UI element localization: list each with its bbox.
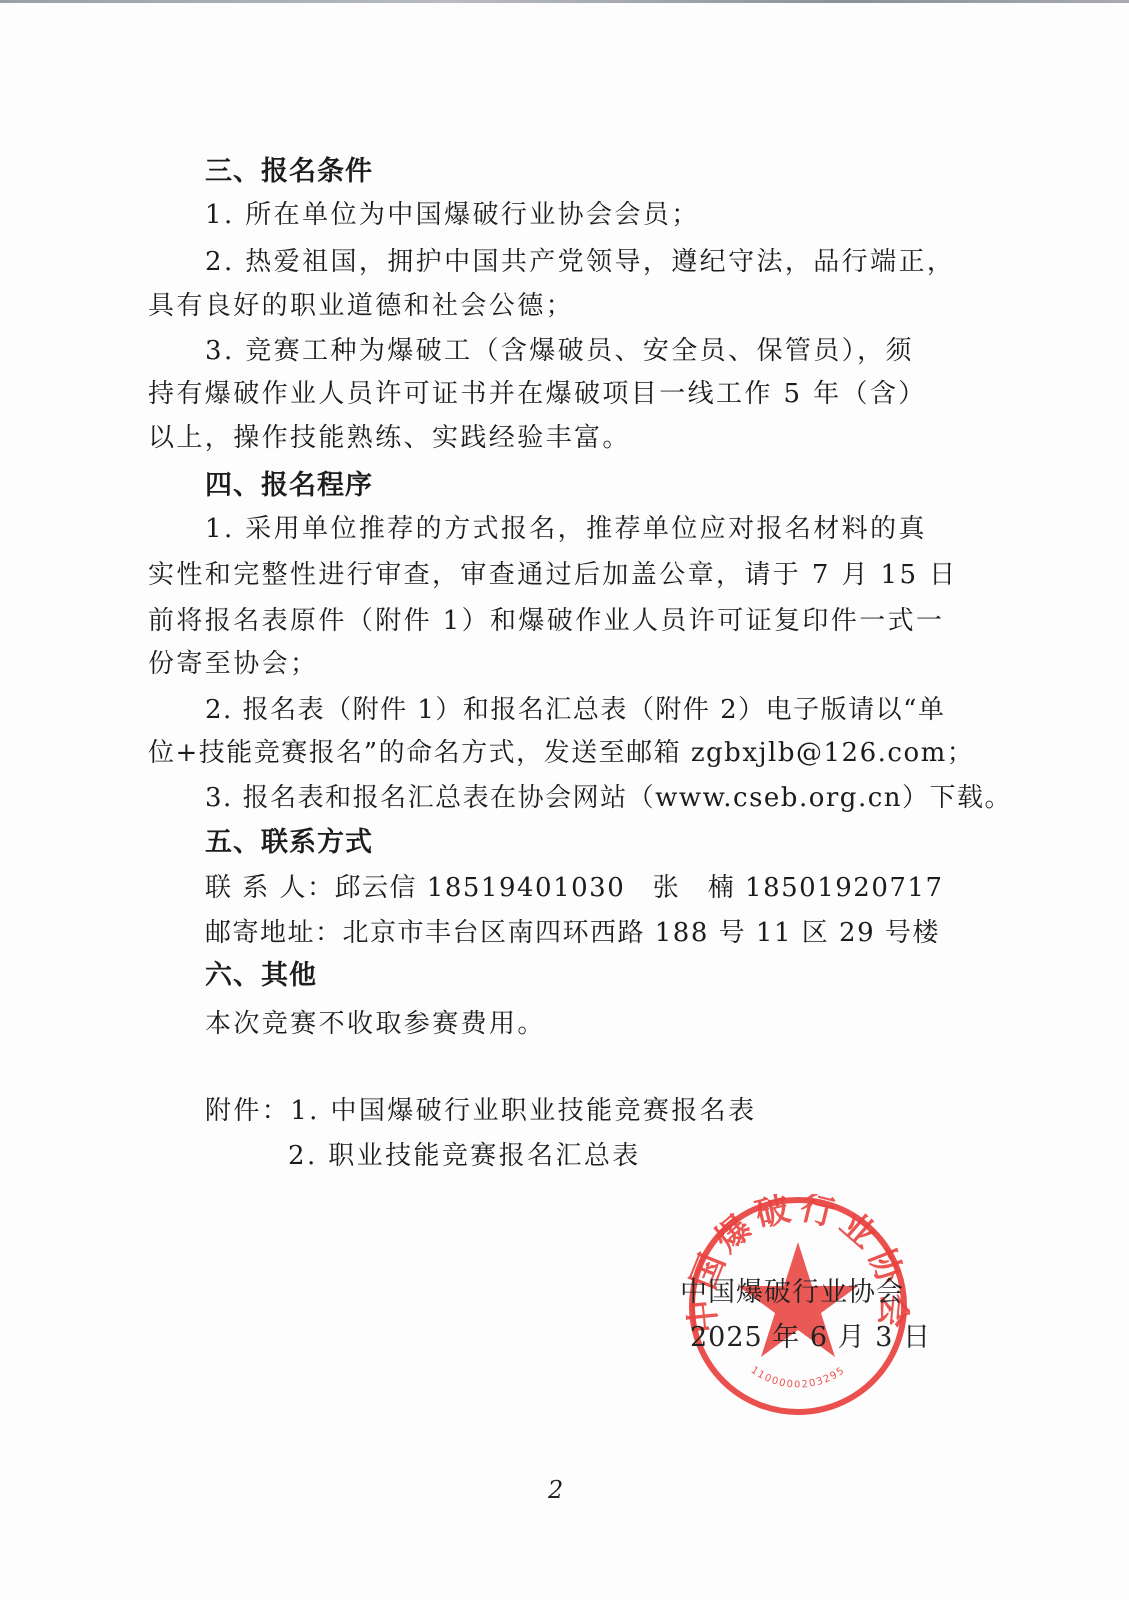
section-heading-other: 六、其他 (205, 959, 317, 993)
paragraph-line-email: 位+技能竞赛报名”的命名方式，发送至邮箱 zgbxjlb@126.com； (148, 736, 974, 770)
section-heading-procedure: 四、报名程序 (205, 469, 373, 503)
mailing-address: 邮寄地址：北京市丰台区南四环西路 188 号 11 区 29 号楼 (205, 916, 940, 950)
paragraph-line: 2. 报名表（附件 1）和报名汇总表（附件 2）电子版请以“单 (205, 693, 945, 727)
attachment-item: 1. 中国爆破行业职业技能竞赛报名表 (290, 1096, 756, 1126)
attachments-label: 附件： (205, 1096, 290, 1126)
section-heading-contact: 五、联系方式 (205, 826, 373, 860)
paragraph-line-website: 3. 报名表和报名汇总表在协会网站（www.cseb.org.cn）下载。 (205, 781, 1012, 815)
paragraph-line: 份寄至协会； (148, 647, 318, 681)
page-number: 2 (548, 1476, 563, 1504)
attachments-list: 附件：1. 中国爆破行业职业技能竞赛报名表 (205, 1094, 756, 1128)
scan-top-edge (0, 0, 1129, 3)
paragraph-line: 持有爆破作业人员许可证书并在爆破项目一线工作 5 年（含） (148, 377, 927, 411)
signature-date: 2025 年 6 月 3 日 (690, 1321, 931, 1355)
paragraph-line: 3. 竞赛工种为爆破工（含爆破员、安全员、保管员），须 (205, 334, 914, 368)
seal-serial-number: 1100000203295 (749, 1365, 848, 1391)
contact-persons: 联 系 人：邱云信 18519401030 张 楠 18501920717 (205, 871, 943, 905)
paragraph-line: 具有良好的职业道德和社会公德； (148, 289, 574, 323)
paragraph-line: 本次竞赛不收取参赛费用。 (205, 1007, 546, 1041)
paragraph-line: 2. 热爱祖国，拥护中国共产党领导，遵纪守法，品行端正， (205, 245, 955, 279)
paragraph-line: 1. 采用单位推荐的方式报名，推荐单位应对报名材料的真 (205, 512, 927, 546)
paragraph-line: 前将报名表原件（附件 1）和爆破作业人员许可证复印件一式一 (148, 604, 944, 638)
paragraph-line: 1. 所在单位为中国爆破行业协会会员； (205, 198, 700, 232)
signature-organization: 中国爆破行业协会 (680, 1276, 904, 1310)
paragraph-line: 实性和完整性进行审查，审查通过后加盖公章，请于 7 月 15 日 (148, 558, 958, 592)
section-heading-eligibility: 三、报名条件 (205, 155, 373, 189)
attachment-item: 2. 职业技能竞赛报名汇总表 (288, 1139, 641, 1173)
paragraph-line: 以上，操作技能熟练、实践经验丰富。 (148, 421, 631, 455)
